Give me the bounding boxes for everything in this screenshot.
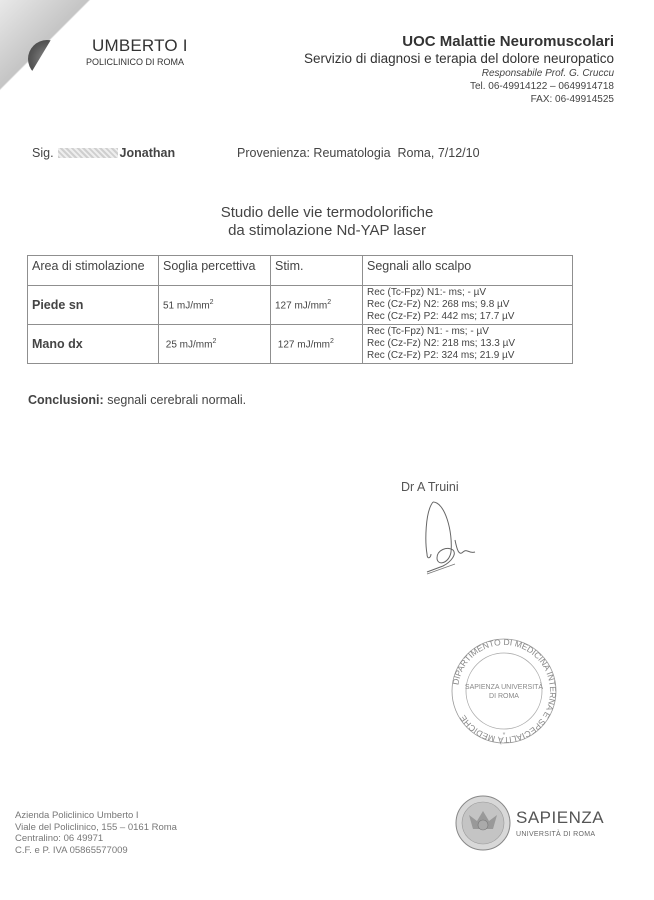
patient-prefix: Sig. bbox=[32, 146, 54, 160]
signal-line: Rec (Tc-Fpz) N1: - ms; - µV bbox=[367, 326, 568, 338]
logo-corner-shape bbox=[0, 0, 92, 105]
fax: FAX: 06-49914525 bbox=[304, 93, 614, 106]
cell-threshold: 51 mJ/mm2 bbox=[159, 286, 271, 325]
responsible: Responsabile Prof. G. Cruccu bbox=[304, 67, 614, 80]
footer-line: C.F. e P. IVA 05865577009 bbox=[15, 845, 177, 857]
title-line-2: da stimolazione Nd-YAP laser bbox=[0, 222, 654, 240]
department-header: UOC Malattie Neuromuscolari Servizio di … bbox=[304, 33, 614, 106]
table-header-row: Area di stimolazione Soglia percettiva S… bbox=[28, 256, 573, 286]
svg-text:SAPIENZA UNIVERSITÀ: SAPIENZA UNIVERSITÀ bbox=[465, 682, 544, 691]
place-date: Roma, 7/12/10 bbox=[398, 146, 480, 160]
signal-line: Rec (Cz-Fz) N2: 268 ms; 9.8 µV bbox=[367, 299, 568, 311]
origin-date-line: Provenienza: Reumatologia Roma, 7/12/10 bbox=[237, 146, 480, 160]
cell-signals: Rec (Tc-Fpz) N1: - ms; - µV Rec (Cz-Fz) … bbox=[363, 325, 573, 364]
cell-stim: 127 mJ/mm2 bbox=[271, 286, 363, 325]
footer-line: Centralino: 06 49971 bbox=[15, 833, 177, 845]
cell-area: Piede sn bbox=[28, 286, 159, 325]
table-row: Piede sn 51 mJ/mm2 127 mJ/mm2 Rec (Tc-Fp… bbox=[28, 286, 573, 325]
signal-line: Rec (Cz-Fz) N2: 218 ms; 13.3 µV bbox=[367, 338, 568, 350]
origin: Provenienza: Reumatologia bbox=[237, 146, 391, 160]
conclusions-text: segnali cerebrali normali. bbox=[107, 393, 246, 407]
conclusions: Conclusioni: segnali cerebrali normali. bbox=[28, 393, 246, 407]
patient-name: Jonathan bbox=[120, 146, 176, 160]
cell-signals: Rec (Tc-Fpz) N1:- ms; - µV Rec (Cz-Fz) N… bbox=[363, 286, 573, 325]
logo-subtitle: POLICLINICO DI ROMA bbox=[86, 57, 184, 67]
hospital-address: Azienda Policlinico Umberto I Viale del … bbox=[15, 810, 177, 856]
conclusions-label: Conclusioni: bbox=[28, 393, 104, 407]
document-title: Studio delle vie termodolorifiche da sti… bbox=[0, 204, 654, 240]
header-stim: Stim. bbox=[271, 256, 363, 286]
footer-line: Viale del Policlinico, 155 – 0161 Roma bbox=[15, 822, 177, 834]
svg-text:*: * bbox=[503, 732, 506, 739]
cell-threshold: 25 mJ/mm2 bbox=[159, 325, 271, 364]
cell-stim: 127 mJ/mm2 bbox=[271, 325, 363, 364]
handwritten-signature-icon bbox=[415, 492, 495, 577]
department-stamp-icon: DIPARTIMENTO DI MEDICINA INTERNA E SPECI… bbox=[448, 637, 560, 745]
service-description: Servizio di diagnosi e terapia del dolor… bbox=[304, 50, 614, 67]
header-threshold: Soglia percettiva bbox=[159, 256, 271, 286]
footer-line: Azienda Policlinico Umberto I bbox=[15, 810, 177, 822]
logo-title: UMBERTO I bbox=[92, 36, 188, 56]
unit-title: UOC Malattie Neuromuscolari bbox=[304, 33, 614, 50]
university-subtitle: UNIVERSITÀ DI ROMA bbox=[516, 831, 595, 838]
table-row: Mano dx 25 mJ/mm2 127 mJ/mm2 Rec (Tc-Fpz… bbox=[28, 325, 573, 364]
svg-text:DI ROMA: DI ROMA bbox=[489, 693, 519, 700]
header-area: Area di stimolazione bbox=[28, 256, 159, 286]
results-table: Area di stimolazione Soglia percettiva S… bbox=[27, 255, 573, 364]
patient-line: Sig.Jonathan bbox=[32, 146, 175, 160]
signal-line: Rec (Tc-Fpz) N1:- ms; - µV bbox=[367, 287, 568, 299]
header-signals: Segnali allo scalpo bbox=[363, 256, 573, 286]
sapienza-seal-icon bbox=[455, 795, 511, 851]
signal-line: Rec (Cz-Fz) P2: 324 ms; 21.9 µV bbox=[367, 350, 568, 362]
university-name: SAPIENZA bbox=[516, 808, 604, 828]
redacted-surname bbox=[58, 148, 118, 158]
title-line-1: Studio delle vie termodolorifiche bbox=[0, 204, 654, 222]
telephone: Tel. 06-49914122 – 0649914718 bbox=[304, 80, 614, 93]
signal-line: Rec (Cz-Fz) P2: 442 ms; 17.7 µV bbox=[367, 311, 568, 323]
cell-area: Mano dx bbox=[28, 325, 159, 364]
